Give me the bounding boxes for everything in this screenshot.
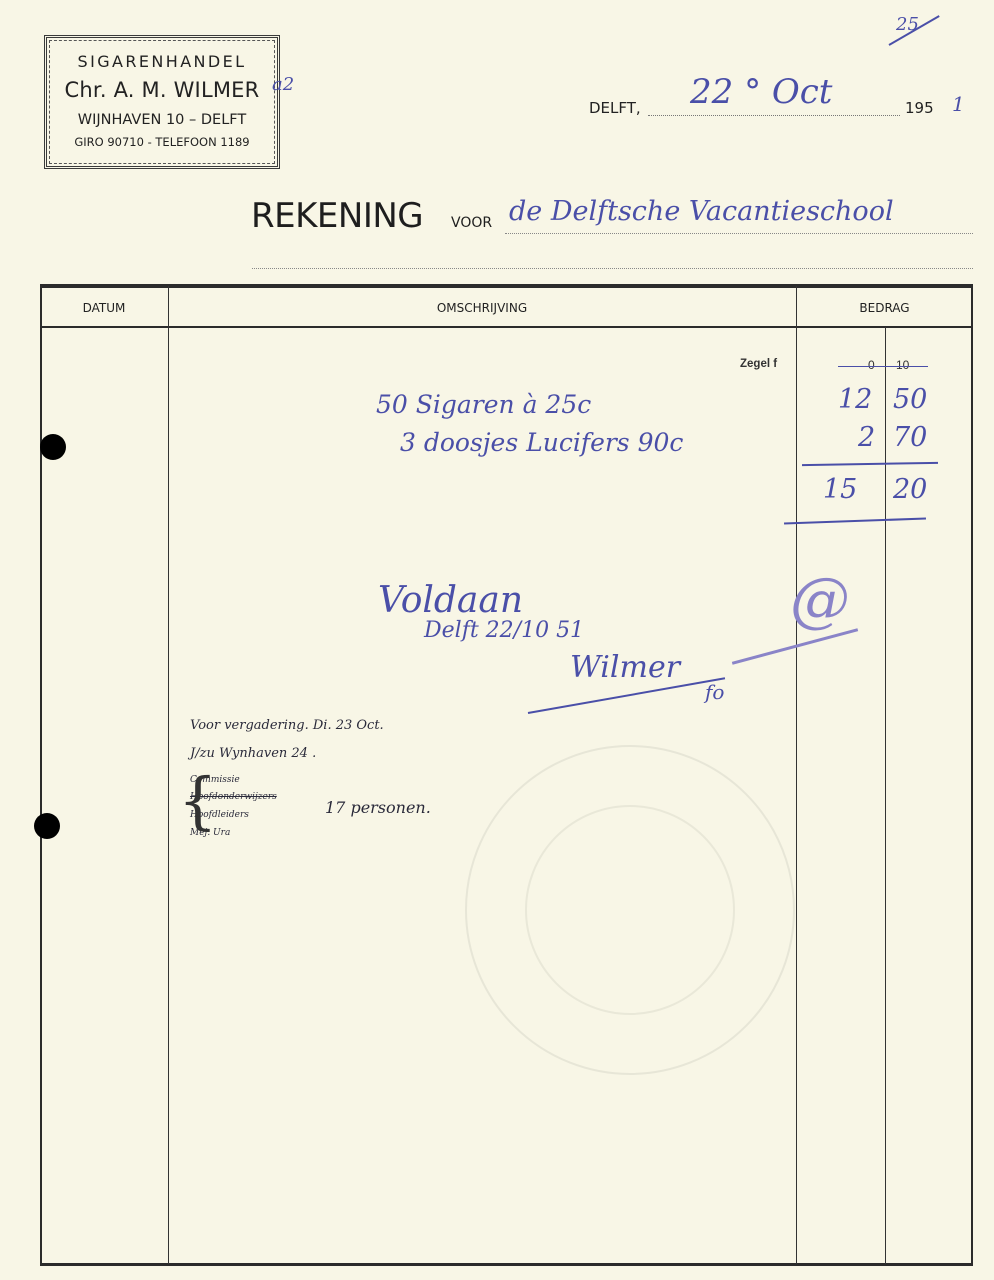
zegel-guilders: 0: [868, 358, 875, 372]
signature-suffix: fo: [705, 680, 724, 704]
invoice-title: REKENING: [251, 196, 423, 236]
recipient-handwritten: de Delftsche Vacantieschool: [509, 196, 894, 227]
shop-type: SIGARENHANDEL: [47, 52, 277, 71]
line-item-1-description: 50 Sigaren à 25c: [376, 390, 591, 419]
note-person-count: 17 personen.: [325, 798, 431, 817]
signature: Wilmer: [570, 650, 680, 685]
receipt-place-date: Delft 22/10 51: [424, 618, 584, 643]
letterhead-annotation: a2: [272, 74, 294, 95]
line-item-1-guilders: 12: [838, 384, 872, 415]
bedrag-column-divider: [796, 286, 797, 1264]
shop-contact: GIRO 90710 - TELEFOON 1189: [47, 135, 277, 149]
year-prefix: 19: [905, 99, 924, 117]
line-item-2-description: 3 doosjes Lucifers 90c: [400, 428, 683, 457]
note-line-2: J/zu Wynhaven 24 .: [190, 746, 316, 761]
stamp-a-icon: @: [790, 565, 850, 635]
line-item-2-cents: 70: [893, 422, 927, 453]
datum-column-divider: [168, 286, 169, 1264]
header-bedrag: BEDRAG: [796, 301, 973, 315]
letterhead-box: SIGARENHANDEL Chr. A. M. WILMER WIJNHAVE…: [44, 35, 280, 169]
date-label: DELFT,: [589, 99, 641, 117]
date-year-printed: 195: [905, 99, 934, 117]
header-omschrijving: OMSCHRIJVING: [168, 301, 796, 315]
total-cents: 20: [893, 474, 927, 505]
zegel-label: Zegel f: [740, 358, 777, 370]
recipient-dotted-line: [505, 233, 973, 234]
shop-address: WIJNHAVEN 10 – DELFT: [47, 112, 277, 128]
hole-punch-bottom: [34, 813, 60, 839]
line-item-1-cents: 50: [893, 384, 927, 415]
note-line-1: Voor vergadering. Di. 23 Oct.: [190, 718, 384, 733]
date-dotted-line: [648, 115, 900, 116]
total-guilders: 15: [823, 474, 857, 505]
voldaan-text: Voldaan: [378, 580, 523, 621]
line-item-2-guilders: 2: [858, 422, 875, 453]
date-handwritten: 22 ° Oct: [690, 72, 832, 112]
year-handwritten: 1: [952, 92, 965, 116]
year-digit: 5: [924, 99, 934, 117]
header-divider: [40, 326, 973, 328]
header-datum: DATUM: [40, 301, 168, 315]
zegel-strikethrough: [838, 366, 928, 367]
notes-brace: {: [178, 770, 217, 832]
hole-punch-top: [40, 434, 66, 460]
voor-label: VOOR: [451, 215, 492, 231]
recipient-dotted-line-2: [252, 268, 973, 269]
zegel-cents: 10: [896, 358, 909, 372]
shop-owner: Chr. A. M. WILMER: [47, 78, 277, 102]
cents-column-divider: [885, 327, 886, 1264]
